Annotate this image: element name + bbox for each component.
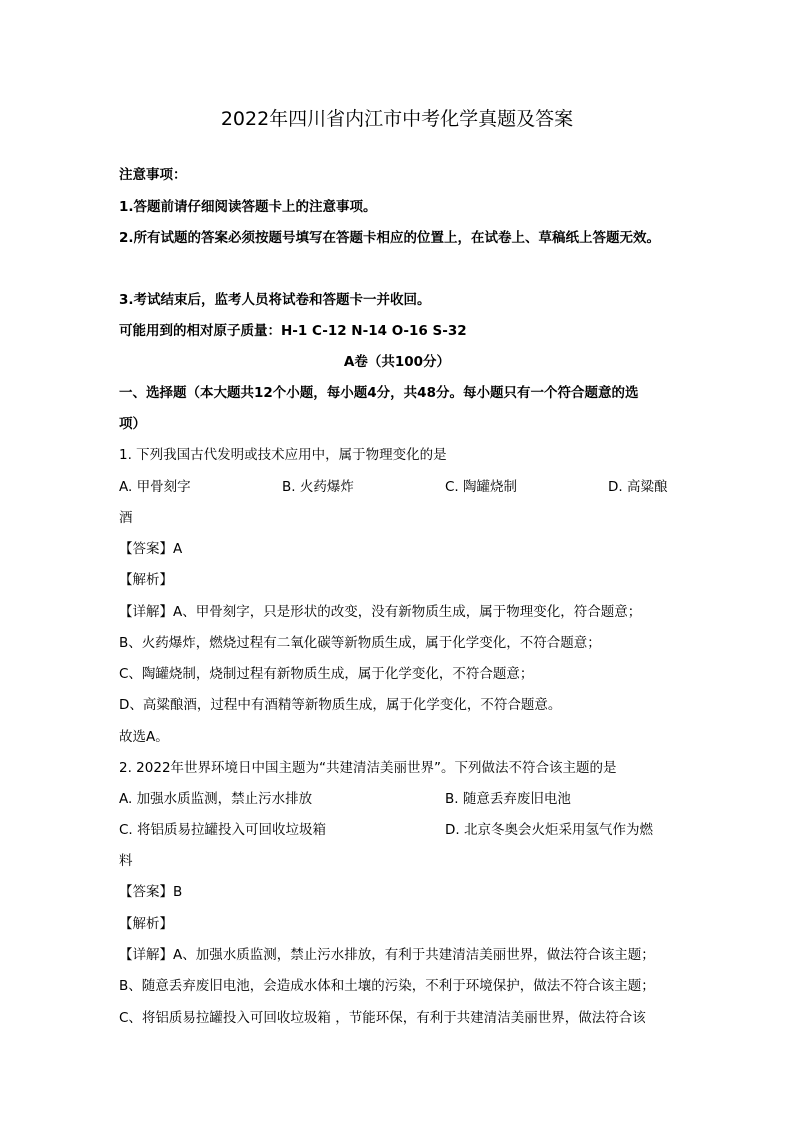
question-1-analysis-label: 【解析】: [119, 570, 173, 590]
question-2-option-d: D. 北京冬奥会火炬采用氢气作为燃: [445, 820, 653, 840]
question-1-option-c: C. 陶罐烧制: [445, 477, 517, 497]
notice-item-3: 3.考试结束后，监考人员将试卷和答题卡一并收回。: [119, 290, 431, 310]
question-2-option-wrap: 料: [119, 851, 133, 871]
question-2-option-c: C. 将铝质易拉罐投入可回收垃圾箱: [119, 820, 326, 840]
section-a-heading: A卷（共100分）: [0, 352, 794, 372]
atomic-masses: 可能用到的相对原子质量：H-1 C-12 N-14 O-16 S-32: [119, 321, 467, 341]
question-2-explanation-1: 【详解】A、加强水质监测，禁止污水排放，有利于共建清洁美丽世界，做法符合该主题；: [119, 945, 655, 965]
question-2-answer: 【答案】B: [119, 882, 182, 902]
question-1-explanation-3: C、陶罐烧制，烧制过程有新物质生成，属于化学变化，不符合题意；: [119, 664, 533, 684]
question-1-option-a: A. 甲骨刻字: [119, 477, 191, 497]
part-one-heading: 一、选择题（本大题共12个小题，每小题4分，共48分。每小题只有一个符合题意的选: [119, 383, 638, 403]
question-2-explanation-2: B、随意丢弃废旧电池，会造成水体和土壤的污染，不利于环境保护，做法不符合该主题；: [119, 976, 655, 996]
part-one-heading-cont: 项）: [119, 414, 146, 434]
question-2-option-a: A. 加强水质监测，禁止污水排放: [119, 789, 312, 809]
question-2-analysis-label: 【解析】: [119, 914, 173, 934]
question-1-explanation-1: 【详解】A、甲骨刻字，只是形状的改变，没有新物质生成，属于物理变化，符合题意；: [119, 602, 641, 622]
question-1-option-wrap: 酒: [119, 508, 133, 528]
question-1-option-d: D. 高粱酿: [608, 477, 667, 497]
question-1-conclusion: 故选A。: [119, 727, 169, 747]
question-1-explanation-4: D、高粱酿酒，过程中有酒精等新物质生成，属于化学变化，不符合题意。: [119, 695, 561, 715]
question-1-explanation-2: B、火药爆炸，燃烧过程有二氧化碳等新物质生成，属于化学变化，不符合题意；: [119, 633, 601, 653]
question-2-option-b: B. 随意丢弃废旧电池: [445, 789, 571, 809]
notice-item-2: 2.所有试题的答案必须按题号填写在答题卡相应的位置上，在试卷上、草稿纸上答题无效…: [119, 228, 660, 248]
question-1-answer: 【答案】A: [119, 539, 182, 559]
notice-heading: 注意事项：: [119, 165, 187, 185]
question-2-stem: 2. 2022年世界环境日中国主题为“共建清洁美丽世界”。下列做法不符合该主题的…: [119, 758, 617, 778]
document-page: 2022年四川省内江市中考化学真题及答案 注意事项： 1.答题前请仔细阅读答题卡…: [0, 0, 794, 1123]
document-title: 2022年四川省内江市中考化学真题及答案: [0, 106, 794, 132]
question-1-option-b: B. 火药爆炸: [282, 477, 354, 497]
notice-item-1: 1.答题前请仔细阅读答题卡上的注意事项。: [119, 197, 377, 217]
question-1-stem: 1. 下列我国古代发明或技术应用中，属于物理变化的是: [119, 445, 447, 465]
question-2-explanation-3: C、将铝质易拉罐投入可回收垃圾箱 ，节能环保，有利于共建清洁美丽世界，做法符合该: [119, 1008, 646, 1028]
